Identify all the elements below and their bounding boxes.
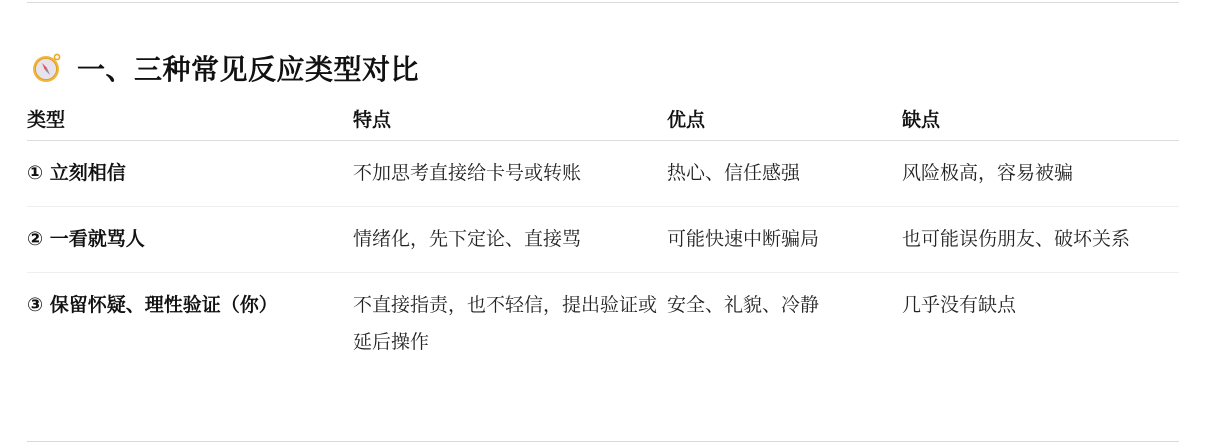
cell-traits: 情绪化，先下定论、直接骂 — [353, 207, 667, 273]
compass-icon — [31, 52, 63, 84]
comparison-table: 类型 特点 优点 缺点 ① 立刻相信 不加思考直接给卡号或转账 热心、信任感强 … — [27, 96, 1179, 361]
cell-traits: 不直接指责，也不轻信，提出验证或延后操作 — [353, 273, 667, 362]
cell-cons: 也可能误伤朋友、破坏关系 — [902, 207, 1179, 273]
table-row: ① 立刻相信 不加思考直接给卡号或转账 热心、信任感强 风险极高，容易被骗 — [27, 141, 1179, 207]
table-header-row: 类型 特点 优点 缺点 — [27, 96, 1179, 141]
cell-type: ② 一看就骂人 — [27, 207, 353, 273]
cell-type: ① 立刻相信 — [27, 141, 353, 207]
header-cons: 缺点 — [902, 96, 1179, 141]
cell-pros: 安全、礼貌、冷静 — [667, 273, 902, 362]
section-title: 一、三种常见反应类型对比 — [77, 48, 419, 88]
section-heading: 一、三种常见反应类型对比 — [31, 48, 419, 88]
header-traits: 特点 — [353, 96, 667, 141]
cell-cons: 风险极高，容易被骗 — [902, 141, 1179, 207]
cell-cons: 几乎没有缺点 — [902, 273, 1179, 362]
header-pros: 优点 — [667, 96, 902, 141]
header-type: 类型 — [27, 96, 353, 141]
cell-type: ③ 保留怀疑、理性验证（你） — [27, 273, 353, 362]
top-divider — [27, 2, 1179, 3]
table-row: ② 一看就骂人 情绪化，先下定论、直接骂 可能快速中断骗局 也可能误伤朋友、破坏… — [27, 207, 1179, 273]
cell-pros: 热心、信任感强 — [667, 141, 902, 207]
cell-pros: 可能快速中断骗局 — [667, 207, 902, 273]
bottom-divider — [27, 441, 1179, 442]
cell-traits: 不加思考直接给卡号或转账 — [353, 141, 667, 207]
table-row: ③ 保留怀疑、理性验证（你） 不直接指责，也不轻信，提出验证或延后操作 安全、礼… — [27, 273, 1179, 362]
